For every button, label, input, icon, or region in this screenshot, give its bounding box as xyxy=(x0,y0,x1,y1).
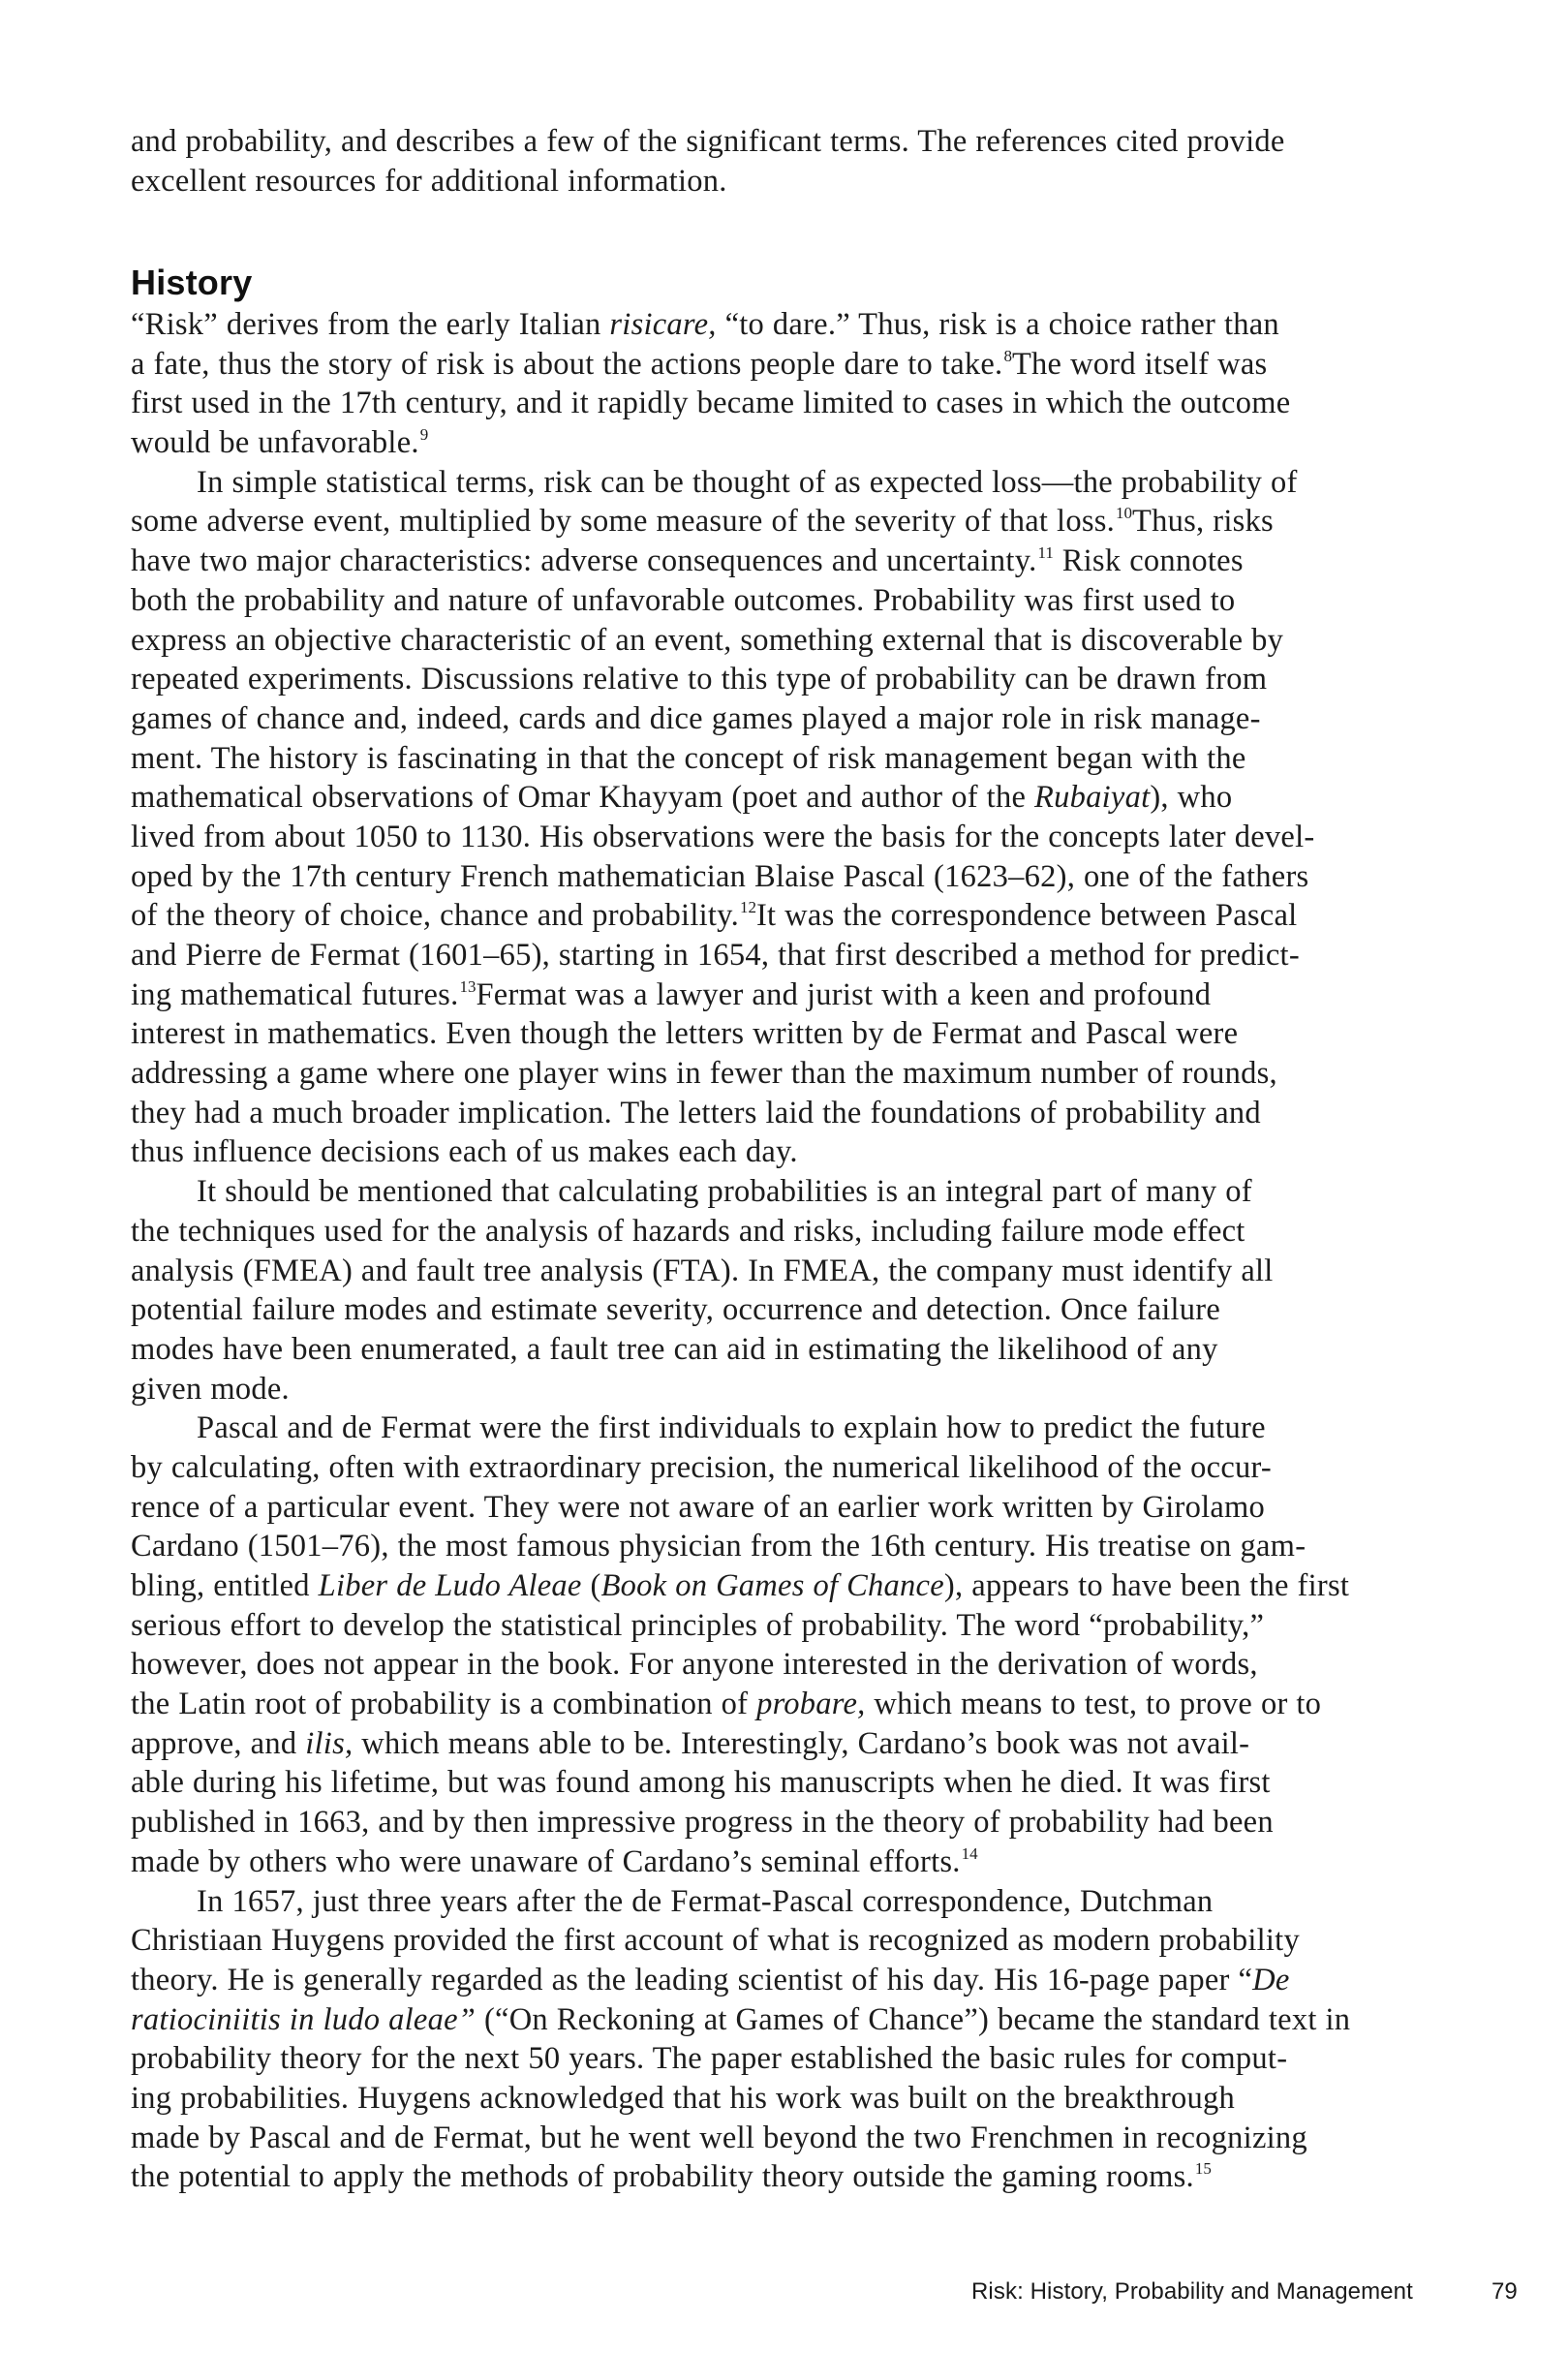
text-line: and Pierre de Fermat (1601–65), starting… xyxy=(131,936,1448,975)
footnote-reference[interactable]: 12 xyxy=(740,898,756,916)
text-line: made by others who were unaware of Carda… xyxy=(131,1842,1448,1882)
text-line: analysis (FMEA) and fault tree analysis … xyxy=(131,1252,1448,1291)
text-run: ), appears to have been the first xyxy=(944,1568,1349,1603)
italic-text: ilis, xyxy=(305,1726,353,1761)
text-line: lived from about 1050 to 1130. His obser… xyxy=(131,818,1448,857)
text-run: the techniques used for the analysis of … xyxy=(131,1214,1245,1249)
text-run: repeated experiments. Discussions relati… xyxy=(131,662,1267,697)
text-run: given mode. xyxy=(131,1372,290,1407)
text-run: Thus, risks xyxy=(1132,504,1274,539)
text-line: excellent resources for additional infor… xyxy=(131,162,1448,201)
text-line: by calculating, often with extraordinary… xyxy=(131,1448,1448,1488)
paragraph-first-line: It should be mentioned that calculating … xyxy=(131,1172,1448,1212)
paragraph-first-line: In simple statistical terms, risk can be… xyxy=(131,463,1448,503)
text-line: would be unfavorable.9 xyxy=(131,423,1448,463)
text-run: Risk connotes xyxy=(1054,543,1244,578)
text-run: modes have been enumerated, a fault tree… xyxy=(131,1332,1218,1367)
footnote-reference[interactable]: 9 xyxy=(420,425,429,444)
text-run: the potential to apply the methods of pr… xyxy=(131,2159,1194,2194)
text-run: both the probability and nature of unfav… xyxy=(131,583,1235,618)
text-line: ratiociniitis in ludo aleae” (“On Reckon… xyxy=(131,2000,1448,2040)
text-line: mathematical observations of Omar Khayya… xyxy=(131,778,1448,818)
text-line: interest in mathematics. Even though the… xyxy=(131,1014,1448,1054)
text-run: ), who xyxy=(1150,780,1232,815)
text-run: which means able to be. Interestingly, C… xyxy=(353,1726,1249,1761)
text-line: serious effort to develop the statistica… xyxy=(131,1606,1448,1646)
text-run: In 1657, just three years after the de F… xyxy=(197,1884,1213,1919)
text-line: express an objective characteristic of a… xyxy=(131,621,1448,661)
italic-text: Liber de Ludo Aleae xyxy=(319,1568,582,1603)
italic-text: probare, xyxy=(756,1687,865,1721)
text-line: of the theory of choice, chance and prob… xyxy=(131,896,1448,936)
text-run: thus influence decisions each of us make… xyxy=(131,1134,798,1169)
text-run: The word itself was xyxy=(1012,347,1267,382)
text-run: addressing a game where one player wins … xyxy=(131,1056,1277,1091)
text-run: first used in the 17th century, and it r… xyxy=(131,386,1290,420)
running-title: Risk: History, Probability and Managemen… xyxy=(971,2276,1413,2307)
text-line: addressing a game where one player wins … xyxy=(131,1054,1448,1094)
italic-text: Book on Games of Chance xyxy=(601,1568,944,1603)
text-run: Pascal and de Fermat were the first indi… xyxy=(197,1410,1266,1445)
text-line: potential failure modes and estimate sev… xyxy=(131,1290,1448,1330)
text-run: mathematical observations of Omar Khayya… xyxy=(131,780,1034,815)
text-line: Christiaan Huygens provided the first ac… xyxy=(131,1921,1448,1961)
text-run: probability theory for the next 50 years… xyxy=(131,2041,1287,2076)
text-run: published in 1663, and by then impressiv… xyxy=(131,1805,1274,1840)
text-run: and Pierre de Fermat (1601–65), starting… xyxy=(131,938,1300,973)
text-run: “to dare.” Thus, risk is a choice rather… xyxy=(717,307,1279,342)
text-run: would be unfavorable. xyxy=(131,425,419,460)
text-run: rence of a particular event. They were n… xyxy=(131,1490,1265,1525)
text-run: ( xyxy=(582,1568,601,1603)
text-run: bling, entitled xyxy=(131,1568,319,1603)
footnote-reference[interactable]: 11 xyxy=(1037,543,1053,562)
text-run: ment. The history is fascinating in that… xyxy=(131,741,1246,776)
text-run: express an objective characteristic of a… xyxy=(131,623,1283,658)
text-line: “Risk” derives from the early Italian ri… xyxy=(131,305,1448,345)
text-line: Cardano (1501–76), the most famous physi… xyxy=(131,1527,1448,1566)
text-line: able during his lifetime, but was found … xyxy=(131,1763,1448,1803)
document-page: and probability, and describes a few of … xyxy=(0,0,1568,2353)
text-run: Cardano (1501–76), the most famous physi… xyxy=(131,1529,1306,1564)
text-run: which means to test, to prove or to xyxy=(866,1687,1322,1721)
text-run: of the theory of choice, chance and prob… xyxy=(131,898,739,933)
text-run: and probability, and describes a few of … xyxy=(131,124,1285,159)
text-line: ing probabilities. Huygens acknowledged … xyxy=(131,2079,1448,2119)
text-run: It was the correspondence between Pascal xyxy=(756,898,1297,933)
history-section-body: “Risk” derives from the early Italian ri… xyxy=(131,305,1448,2197)
text-line: oped by the 17th century French mathemat… xyxy=(131,857,1448,897)
page-number: 79 xyxy=(1491,2276,1518,2307)
text-run: ing mathematical futures. xyxy=(131,977,458,1012)
text-line: the potential to apply the methods of pr… xyxy=(131,2157,1448,2197)
text-line: ment. The history is fascinating in that… xyxy=(131,739,1448,779)
text-line: some adverse event, multiplied by some m… xyxy=(131,502,1448,542)
text-run: have two major characteristics: adverse … xyxy=(131,543,1036,578)
text-line: and probability, and describes a few of … xyxy=(131,122,1448,162)
text-run: (“On Reckoning at Games of Chance”) beca… xyxy=(476,2002,1350,2037)
text-run: however, does not appear in the book. Fo… xyxy=(131,1647,1258,1682)
text-line: modes have been enumerated, a fault tree… xyxy=(131,1330,1448,1370)
text-run: able during his lifetime, but was found … xyxy=(131,1765,1271,1800)
footnote-reference[interactable]: 10 xyxy=(1116,504,1132,522)
text-run: serious effort to develop the statistica… xyxy=(131,1608,1264,1643)
text-run: ing probabilities. Huygens acknowledged … xyxy=(131,2081,1235,2116)
text-run: Christiaan Huygens provided the first ac… xyxy=(131,1923,1300,1958)
footnote-reference[interactable]: 15 xyxy=(1195,2159,1212,2178)
text-line: bling, entitled Liber de Ludo Aleae (Boo… xyxy=(131,1566,1448,1606)
text-run: “Risk” derives from the early Italian xyxy=(131,307,609,342)
text-run: a fate, thus the story of risk is about … xyxy=(131,347,1002,382)
text-run: some adverse event, multiplied by some m… xyxy=(131,504,1115,539)
text-run: made by others who were unaware of Carda… xyxy=(131,1844,961,1879)
text-line: given mode. xyxy=(131,1370,1448,1409)
italic-text: Rubaiyat xyxy=(1034,780,1150,815)
text-line: probability theory for the next 50 years… xyxy=(131,2039,1448,2079)
text-run: approve, and xyxy=(131,1726,305,1761)
text-run: It should be mentioned that calculating … xyxy=(197,1174,1252,1209)
text-line: first used in the 17th century, and it r… xyxy=(131,384,1448,423)
text-run: theory. He is generally regarded as the … xyxy=(131,1963,1252,1997)
text-line: thus influence decisions each of us make… xyxy=(131,1132,1448,1172)
text-line: ing mathematical futures.13Fermat was a … xyxy=(131,975,1448,1015)
page-footer: Risk: History, Probability and Managemen… xyxy=(0,2276,1568,2307)
text-run: potential failure modes and estimate sev… xyxy=(131,1292,1220,1327)
footnote-reference[interactable]: 13 xyxy=(459,977,476,996)
text-line: both the probability and nature of unfav… xyxy=(131,581,1448,621)
text-run: analysis (FMEA) and fault tree analysis … xyxy=(131,1254,1274,1288)
text-line: the Latin root of probability is a combi… xyxy=(131,1685,1448,1724)
text-line: the techniques used for the analysis of … xyxy=(131,1212,1448,1252)
text-run: interest in mathematics. Even though the… xyxy=(131,1016,1238,1051)
italic-text: ratiociniitis in ludo aleae” xyxy=(131,2002,476,2037)
text-run: games of chance and, indeed, cards and d… xyxy=(131,701,1261,736)
text-run: made by Pascal and de Fermat, but he wen… xyxy=(131,2121,1307,2155)
text-run: lived from about 1050 to 1130. His obser… xyxy=(131,820,1314,854)
paragraph-first-line: Pascal and de Fermat were the first indi… xyxy=(131,1409,1448,1448)
italic-text: De xyxy=(1252,1963,1289,1997)
text-run: the Latin root of probability is a combi… xyxy=(131,1687,756,1721)
footnote-reference[interactable]: 8 xyxy=(1003,347,1012,365)
text-line: theory. He is generally regarded as the … xyxy=(131,1961,1448,2000)
text-line: they had a much broader implication. The… xyxy=(131,1094,1448,1133)
section-heading-history: History xyxy=(131,262,252,304)
text-line: repeated experiments. Discussions relati… xyxy=(131,660,1448,699)
text-run: oped by the 17th century French mathemat… xyxy=(131,859,1308,894)
text-line: games of chance and, indeed, cards and d… xyxy=(131,699,1448,739)
text-line: made by Pascal and de Fermat, but he wen… xyxy=(131,2119,1448,2158)
text-line: approve, and ilis, which means able to b… xyxy=(131,1724,1448,1764)
text-line: published in 1663, and by then impressiv… xyxy=(131,1803,1448,1842)
text-line: however, does not appear in the book. Fo… xyxy=(131,1645,1448,1685)
paragraph-first-line: In 1657, just three years after the de F… xyxy=(131,1882,1448,1922)
footnote-reference[interactable]: 14 xyxy=(962,1844,978,1863)
text-line: have two major characteristics: adverse … xyxy=(131,542,1448,581)
text-run: Fermat was a lawyer and jurist with a ke… xyxy=(476,977,1211,1012)
text-line: a fate, thus the story of risk is about … xyxy=(131,345,1448,385)
text-run: by calculating, often with extraordinary… xyxy=(131,1450,1272,1485)
text-run: excellent resources for additional infor… xyxy=(131,164,727,199)
text-line: rence of a particular event. They were n… xyxy=(131,1488,1448,1528)
intro-paragraph-continuation: and probability, and describes a few of … xyxy=(131,122,1448,201)
text-run: In simple statistical terms, risk can be… xyxy=(197,465,1298,500)
italic-text: risicare, xyxy=(609,307,716,342)
text-run: they had a much broader implication. The… xyxy=(131,1096,1261,1130)
